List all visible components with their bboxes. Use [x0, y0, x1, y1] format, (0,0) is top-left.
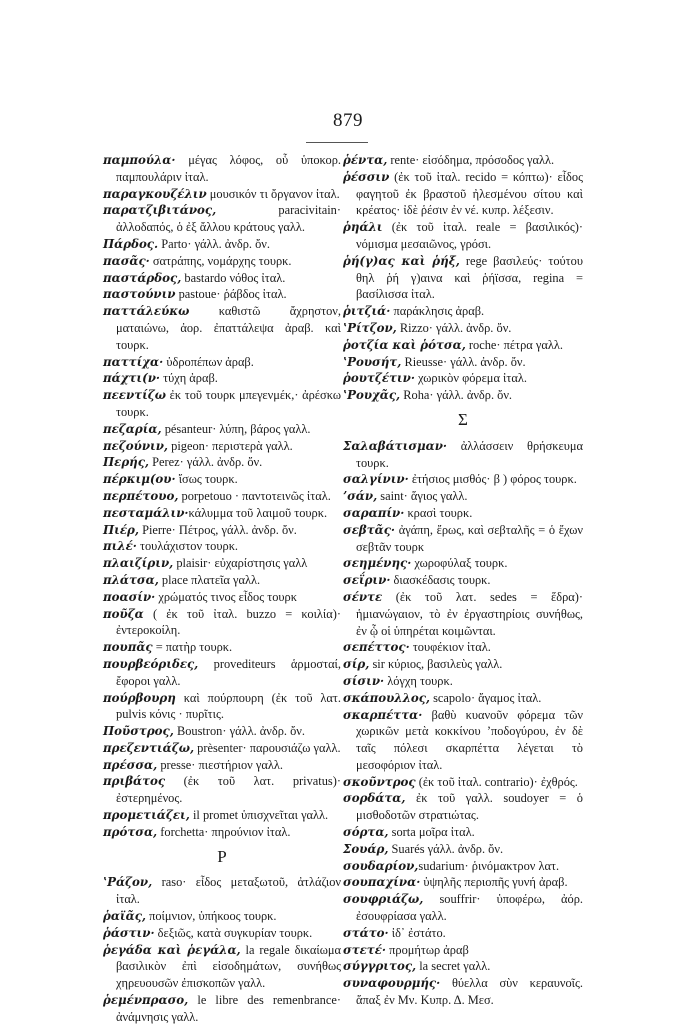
- dictionary-entry: ῥηάλι (ἐκ τοῦ ἰταλ. reale = βασιλικός)· …: [343, 219, 583, 253]
- headword: Σουάρ,: [343, 842, 388, 856]
- definition: = πατὴρ τουρκ.: [153, 640, 233, 654]
- dictionary-entry: πάχτι(ν· τύχη ἀραβ.: [103, 370, 341, 387]
- headword: ποῦζα: [103, 607, 144, 621]
- headword: σεημένης·: [343, 556, 411, 570]
- definition: προμήτωρ ἀραβ: [386, 943, 469, 957]
- dictionary-entry: ῥάστιν· δεξιῶς, κατὰ συγκυρίαν τουρκ.: [103, 925, 341, 942]
- dictionary-entry: σίσιν· λόγχη τουρκ.: [343, 673, 583, 690]
- dictionary-entry: Σαλαβάτισμαν· ἀλλάσσειν θρήσκευμα τουρκ.: [343, 438, 583, 472]
- dictionary-entry: ποῦζα ( ἐκ τοῦ ἰταλ. buzzo = κοιλία)· ἐν…: [103, 606, 341, 640]
- dictionary-entry: πασᾶς· σατράπης, νομάρχης τουρκ.: [103, 253, 341, 270]
- dictionary-entry: Πάρδος. Parto· γάλλ. ἀνδρ. ὄν.: [103, 236, 341, 253]
- headword: σορδάτα,: [343, 791, 405, 805]
- dictionary-entry: προμετιάζει, il promet ὑπισχνεῖται γαλλ.: [103, 807, 341, 824]
- definition: Parto· γάλλ. ἀνδρ. ὄν.: [158, 237, 270, 251]
- headword: ʽΡουσήτ,: [343, 355, 401, 369]
- dictionary-entry: σκοῦντρος (ἐκ τοῦ ἰταλ. contrario)· ἐχθρ…: [343, 774, 583, 791]
- dictionary-entry: πεζαρία, pésanteur· λύπη, βάρος γαλλ.: [103, 421, 341, 438]
- dictionary-entry: στετέ· προμήτωρ ἀραβ: [343, 942, 583, 959]
- dictionary-entry: πιλέ· τουλάχιστον τουρκ.: [103, 538, 341, 555]
- headword: σκαρπέττα·: [343, 708, 422, 722]
- dictionary-entry: σουπαχίνα· ὑψηλῆς περιοπῆς γυνή ἀραβ.: [343, 874, 583, 891]
- headword: πρεζεντιάζω,: [103, 741, 194, 755]
- headword: σουφριάζω,: [343, 892, 423, 906]
- headword: πέρκιμ(ου·: [103, 472, 176, 486]
- headword: ʽΡάζον,: [103, 875, 152, 889]
- definition: porpetouo · παντοτεινῶς ἰταλ.: [178, 489, 330, 503]
- headword: πριβάτος: [103, 774, 165, 788]
- headword: πρότσα,: [103, 825, 157, 839]
- dictionary-entry: παραγκουζέλιν μουσικόν τι ὄργανον ἰταλ.: [103, 186, 341, 203]
- headword: σουδαρίον,: [343, 859, 418, 873]
- definition: ( ἐκ τοῦ ἰταλ. buzzo = κοιλία)· ἐντεροκο…: [116, 607, 341, 638]
- dictionary-entry: ʽΡάζον, raso· εἶδος μεταξωτοῦ, ἀτλάζιον …: [103, 874, 341, 908]
- headword: συναφουρμής·: [343, 976, 440, 990]
- headword: στετέ·: [343, 943, 386, 957]
- definition: (ἐκ τοῦ ἰταλ. contrario)· ἐχθρός.: [416, 775, 578, 789]
- definition: ποίμνιον, ὑπήκοος τουρκ.: [146, 909, 277, 923]
- definition: prèsenter· παρουσιάζω γαλλ.: [194, 741, 341, 755]
- definition: pigeon· περιστερὰ γαλλ.: [168, 439, 293, 453]
- headword: σεΐριν·: [343, 573, 390, 587]
- definition: Rizzo· γάλλ. ἀνδρ. ὄν.: [397, 321, 512, 335]
- headword: περπέτουο,: [103, 489, 178, 503]
- headword: σουπαχίνα·: [343, 875, 420, 889]
- dictionary-entry: Ποῦστρος, Boustron· γάλλ. ἀνδρ. ὄν.: [103, 723, 341, 740]
- definition: χρώματός τινος εἶδος τουρκ: [155, 590, 297, 604]
- headword: Πάρδος.: [103, 237, 158, 251]
- definition: κρασὶ τουρκ.: [404, 506, 472, 520]
- headword: στάτο·: [343, 926, 389, 940]
- section-letter-sigma: Σ: [343, 412, 583, 429]
- definition: (ἐκ τοῦ ἰταλ. recido = κόπτω)· εἶδος φαγ…: [356, 170, 583, 218]
- headword: ῥάστιν·: [103, 926, 155, 940]
- left-column: παμπούλα· μέγας λόφος, οὗ ὑποκορ. παμπου…: [103, 152, 341, 1024]
- dictionary-entry: ποασίν· χρώματός τινος εἶδος τουρκ: [103, 589, 341, 606]
- definition: Roha· γάλλ. ἀνδρ. ὄν.: [400, 388, 512, 402]
- headword: παττάλεύκω: [103, 304, 189, 318]
- header-rule: [306, 142, 368, 143]
- headword: σεβτᾶς·: [343, 523, 395, 537]
- headword: ῥέσσιν: [343, 170, 389, 184]
- definition: Rieusse· γάλλ. ἀνδρ. ὄν.: [401, 355, 525, 369]
- headword: πλαιζίριν,: [103, 556, 173, 570]
- headword: πεσταμάλιν·: [103, 506, 189, 520]
- definition: Suarés γάλλ. ἀνδρ. ὄν.: [388, 842, 503, 856]
- headword: ῥουτζέτιν·: [343, 371, 415, 385]
- headword: Περής,: [103, 455, 149, 469]
- dictionary-entry: σύγγριτος, la secret γαλλ.: [343, 958, 583, 975]
- dictionary-entry: παστούνιν pastoue· ῥάβδος ἰταλ.: [103, 286, 341, 303]
- definition: μουσικόν τι ὄργανον ἰταλ.: [207, 187, 340, 201]
- right-entries-a: ῥέντα, rente· εἰσόδημα, πρόσοδος γαλλ.ῥέ…: [343, 152, 583, 404]
- headword: παστάρδος,: [103, 271, 181, 285]
- dictionary-entry: Σουάρ, Suarés γάλλ. ἀνδρ. ὄν.: [343, 841, 583, 858]
- definition: χωροφύλαξ τουρκ.: [411, 556, 507, 570]
- headword: σύγγριτος,: [343, 959, 416, 973]
- definition: pastoue· ῥάβδος ἰταλ.: [175, 287, 286, 301]
- dictionary-entry: σεπέττος· τουφέκιον ἰταλ.: [343, 639, 583, 656]
- dictionary-entry: πεσταμάλιν·κάλυμμα τοῦ λαιμοῦ τουρκ.: [103, 505, 341, 522]
- headword: ῥεμένπρασο,: [103, 993, 188, 1007]
- headword: σκάπουλλος,: [343, 691, 430, 705]
- dictionary-entry: ῥοτζία καὶ ῥότσα, roche· πέτρα γαλλ.: [343, 337, 583, 354]
- dictionary-entry: στάτο· ἰδ᾽ ἐστάτο.: [343, 925, 583, 942]
- right-column: ῥέντα, rente· εἰσόδημα, πρόσοδος γαλλ.ῥέ…: [343, 152, 583, 1009]
- definition: presse· πιεστήριον γαλλ.: [157, 758, 283, 772]
- definition: sir κύριος, βασιλεὺς γαλλ.: [369, 657, 502, 671]
- dictionary-entry: σκαρπέττα· βαθὺ κυανοῦν φόρεμα τῶν χωρικ…: [343, 707, 583, 774]
- headword: πιλέ·: [103, 539, 137, 553]
- dictionary-entry: σίρ, sir κύριος, βασιλεὺς γαλλ.: [343, 656, 583, 673]
- headword: ʽΡίτζον,: [343, 321, 397, 335]
- definition: place πλατεῖα γαλλ.: [159, 573, 260, 587]
- headword: Σαλαβάτισμαν·: [343, 439, 447, 453]
- headword: σίσιν·: [343, 674, 384, 688]
- definition: pésanteur· λύπη, βάρος γαλλ.: [162, 422, 311, 436]
- dictionary-entry: ῥή(γ)ας καὶ ῥήξ, rege βασιλεύς· τούτου θ…: [343, 253, 583, 303]
- dictionary-entry: συναφουρμής· θύελλα σὺν κεραυνοῖς. ἅπαξ …: [343, 975, 583, 1009]
- definition: τύχη ἀραβ.: [160, 371, 218, 385]
- definition: (ἐκ τοῦ ἰταλ. reale = βασιλικός)· νόμισμ…: [356, 220, 583, 251]
- page-number: 879: [0, 110, 696, 132]
- headword: σίρ,: [343, 657, 369, 671]
- definition: ὑδροπέπων ἀραβ.: [163, 355, 254, 369]
- definition: τουφέκιον ἰταλ.: [410, 640, 491, 654]
- dictionary-entry: Πιέρ, Pierre· Πέτρος, γάλλ. ἀνδρ. ὄν.: [103, 522, 341, 539]
- definition: plaisir· εὐχαρίστησις γαλλ: [173, 556, 307, 570]
- definition: ἰδ᾽ ἐστάτο.: [389, 926, 446, 940]
- headword: παστούνιν: [103, 287, 175, 301]
- dictionary-entry: παστάρδος, bastardo νόθος ἰταλ.: [103, 270, 341, 287]
- left-entries-b: ʽΡάζον, raso· εἶδος μεταξωτοῦ, ἀτλάζιον …: [103, 874, 341, 1024]
- headword: ποασίν·: [103, 590, 155, 604]
- definition: ἐτήσιος μισθός· β ) φόρος τουρκ.: [409, 472, 577, 486]
- definition: κάλυμμα τοῦ λαιμοῦ τουρκ.: [189, 506, 328, 520]
- headword: σόρτα,: [343, 825, 389, 839]
- headword: πούρβουρη: [103, 691, 176, 705]
- headword: παμπούλα·: [103, 153, 176, 167]
- dictionary-entry: πρεζεντιάζω, prèsenter· παρουσιάζω γαλλ.: [103, 740, 341, 757]
- headword: ῥέντα,: [343, 153, 387, 167]
- definition: ὑψηλῆς περιοπῆς γυνή ἀραβ.: [420, 875, 567, 889]
- definition: τουλάχιστον τουρκ.: [137, 539, 238, 553]
- dictionary-entry: πρέσσα, presse· πιεστήριον γαλλ.: [103, 757, 341, 774]
- dictionary-entry: πλαιζίριν, plaisir· εὐχαρίστησις γαλλ: [103, 555, 341, 572]
- definition: ἴσως τουρκ.: [176, 472, 238, 486]
- headword: ʼσάν,: [343, 489, 377, 503]
- left-entries-a: παμπούλα· μέγας λόφος, οὗ ὑποκορ. παμπου…: [103, 152, 341, 841]
- definition: la secret γαλλ.: [416, 959, 490, 973]
- dictionary-entry: ῥέσσιν (ἐκ τοῦ ἰταλ. recido = κόπτω)· εἶ…: [343, 169, 583, 219]
- definition: λόγχη τουρκ.: [384, 674, 453, 688]
- section-letter-rho: Ρ: [103, 849, 341, 866]
- dictionary-entry: Περής, Perez· γάλλ. ἀνδρ. ὄν.: [103, 454, 341, 471]
- headword: ʽΡουχᾶς,: [343, 388, 400, 402]
- definition: (ἐκ τοῦ λατ. sedes = ἕδρα)· ἡμιανώγαιον,…: [356, 590, 583, 638]
- definition: il promet ὑπισχνεῖται γαλλ.: [190, 808, 328, 822]
- headword: ῥή(γ)ας καὶ ῥήξ,: [343, 254, 460, 268]
- dictionary-entry: πούρβουρη καὶ πούρπουρη (ἐκ τοῦ λατ. pul…: [103, 690, 341, 724]
- definition: Boustron· γάλλ. ἀνδρ. ὄν.: [174, 724, 305, 738]
- right-entries-b: Σαλαβάτισμαν· ἀλλάσσειν θρήσκευμα τουρκ.…: [343, 438, 583, 1009]
- headword: πεζούνιν,: [103, 439, 168, 453]
- dictionary-entry: πεζούνιν, pigeon· περιστερὰ γαλλ.: [103, 438, 341, 455]
- headword: πασᾶς·: [103, 254, 150, 268]
- headword: παραγκουζέλιν: [103, 187, 207, 201]
- definition: δεξιῶς, κατὰ συγκυρίαν τουρκ.: [155, 926, 313, 940]
- dictionary-entry: παμπούλα· μέγας λόφος, οὗ ὑποκορ. παμπου…: [103, 152, 341, 186]
- dictionary-entry: σεημένης· χωροφύλαξ τουρκ.: [343, 555, 583, 572]
- dictionary-entry: πλάτσα, place πλατεῖα γαλλ.: [103, 572, 341, 589]
- dictionary-entry: σεβτᾶς· ἀγάπη, ἔρως, καὶ σεβταλῆς = ὁ ἔχ…: [343, 522, 583, 556]
- definition: διασκέδασις τουρκ.: [390, 573, 490, 587]
- definition: sudarium· ῥινόμακτρον λατ.: [418, 859, 559, 873]
- headword: ῥαϊᾶς,: [103, 909, 146, 923]
- dictionary-entry: πέρκιμ(ου· ἴσως τουρκ.: [103, 471, 341, 488]
- definition: παράκλησις ἀραβ.: [390, 304, 484, 318]
- definition: saint· ἅγιος γαλλ.: [377, 489, 467, 503]
- definition: forchetta· πηρούνιον ἰταλ.: [157, 825, 290, 839]
- definition: scapolo· ἄγαμος ἰταλ.: [430, 691, 541, 705]
- headword: παρατζιβιτάνος,: [103, 203, 216, 217]
- dictionary-entry: πεεντίζω ἐκ τοῦ τουρκ μπεγενμέκ,· ἀρέσκω…: [103, 387, 341, 421]
- dictionary-entry: σαραπίν· κρασὶ τουρκ.: [343, 505, 583, 522]
- definition: bastardo νόθος ἰταλ.: [181, 271, 285, 285]
- dictionary-entry: πουρβεόριδες, proveditеurs ἁρμοσταί, ἔφο…: [103, 656, 341, 690]
- dictionary-entry: ῥαϊᾶς, ποίμνιον, ὑπήκοος τουρκ.: [103, 908, 341, 925]
- headword: ῥοτζία καὶ ῥότσα,: [343, 338, 466, 352]
- headword: σκοῦντρος: [343, 775, 416, 789]
- headword: σεπέττος·: [343, 640, 410, 654]
- definition: χωρικὸν φόρεμα ἰταλ.: [415, 371, 527, 385]
- definition: sorta μοῖρα ἰταλ.: [389, 825, 475, 839]
- dictionary-entry: ʽΡίτζον, Rizzo· γάλλ. ἀνδρ. ὄν.: [343, 320, 583, 337]
- dictionary-entry: σαλγίνιν· ἐτήσιος μισθός· β ) φόρος τουρ…: [343, 471, 583, 488]
- dictionary-entry: παττάλεύκω καθιστῶ ἄχρηστον, ματαιώνω, ἀ…: [103, 303, 341, 353]
- dictionary-entry: σεΐριν· διασκέδασις τουρκ.: [343, 572, 583, 589]
- dictionary-entry: ῥεγάδα καὶ ῥεγάλα, la regale δικαίωμα βα…: [103, 942, 341, 992]
- dictionary-entry: σουδαρίον,sudarium· ῥινόμακτρον λατ.: [343, 858, 583, 875]
- headword: σέντε: [343, 590, 382, 604]
- dictionary-entry: ῥεμένπρασο, le libre des remenbrance· ἀν…: [103, 992, 341, 1024]
- dictionary-entry: σόρτα, sorta μοῖρα ἰταλ.: [343, 824, 583, 841]
- dictionary-entry: παττίχα· ὑδροπέπων ἀραβ.: [103, 354, 341, 371]
- headword: Πιέρ,: [103, 523, 139, 537]
- headword: πουπᾶς: [103, 640, 153, 654]
- headword: πλάτσα,: [103, 573, 159, 587]
- headword: πεζαρία,: [103, 422, 162, 436]
- definition: roche· πέτρα γαλλ.: [466, 338, 563, 352]
- dictionary-entry: ʼσάν, saint· ἅγιος γαλλ.: [343, 488, 583, 505]
- dictionary-entry: σουφριάζω, souffrir· ὑποφέρω, ἀόρ. ἐσουφ…: [343, 891, 583, 925]
- headword: σαλγίνιν·: [343, 472, 409, 486]
- dictionary-entry: σέντε (ἐκ τοῦ λατ. sedes = ἕδρα)· ἡμιανώ…: [343, 589, 583, 639]
- dictionary-entry: ʽΡουσήτ, Rieusse· γάλλ. ἀνδρ. ὄν.: [343, 354, 583, 371]
- dictionary-entry: πρότσα, forchetta· πηρούνιον ἰταλ.: [103, 824, 341, 841]
- headword: πάχτι(ν·: [103, 371, 160, 385]
- dictionary-entry: ʽΡουχᾶς, Roha· γάλλ. ἀνδρ. ὄν.: [343, 387, 583, 404]
- dictionary-entry: ῥιτζιά· παράκλησις ἀραβ.: [343, 303, 583, 320]
- definition: σατράπης, νομάρχης τουρκ.: [150, 254, 292, 268]
- dictionary-entry: ῥουτζέτιν· χωρικὸν φόρεμα ἰταλ.: [343, 370, 583, 387]
- headword: σαραπίν·: [343, 506, 404, 520]
- dictionary-entry: σορδάτα, ἐκ τοῦ γαλλ. soudoyer = ὁ μισθο…: [343, 790, 583, 824]
- dictionary-entry: σκάπουλλος, scapolo· ἄγαμος ἰταλ.: [343, 690, 583, 707]
- definition: Perez· γάλλ. ἀνδρ. ὄν.: [149, 455, 262, 469]
- headword: ῥεγάδα καὶ ῥεγάλα,: [103, 943, 241, 957]
- headword: ῥηάλι: [343, 220, 382, 234]
- dictionary-entry: πριβάτος (ἐκ τοῦ λατ. privatus)· ἐστερημ…: [103, 773, 341, 807]
- definition: Pierre· Πέτρος, γάλλ. ἀνδρ. ὄν.: [139, 523, 297, 537]
- headword: ῥιτζιά·: [343, 304, 390, 318]
- headword: παττίχα·: [103, 355, 163, 369]
- headword: πεεντίζω: [103, 388, 166, 402]
- dictionary-entry: παρατζιβιτάνος, paracivitain· ἀλλοδαπός,…: [103, 202, 341, 236]
- headword: Ποῦστρος,: [103, 724, 174, 738]
- headword: πουρβεόριδες,: [103, 657, 198, 671]
- headword: προμετιάζει,: [103, 808, 190, 822]
- dictionary-entry: πουπᾶς = πατὴρ τουρκ.: [103, 639, 341, 656]
- definition: rente· εἰσόδημα, πρόσοδος γαλλ.: [387, 153, 554, 167]
- dictionary-entry: ῥέντα, rente· εἰσόδημα, πρόσοδος γαλλ.: [343, 152, 583, 169]
- dictionary-entry: περπέτουο, porpetouo · παντοτεινῶς ἰταλ.: [103, 488, 341, 505]
- headword: πρέσσα,: [103, 758, 157, 772]
